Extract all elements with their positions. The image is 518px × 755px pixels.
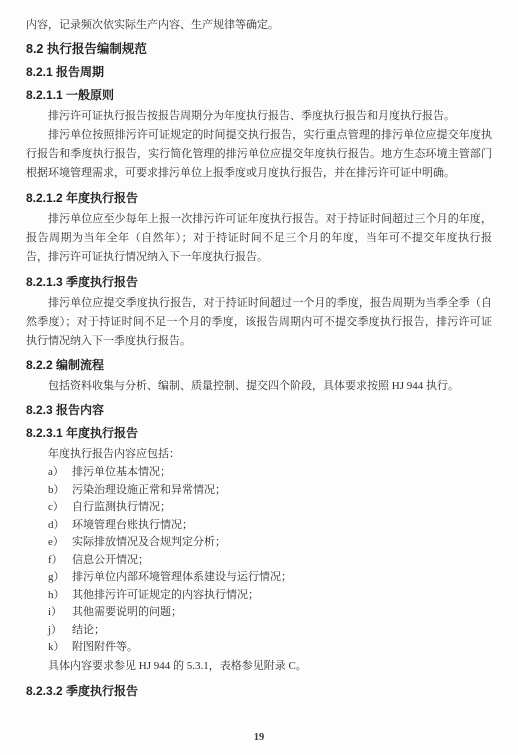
list-item-f: f） 信息公开情况； [48,552,492,570]
list-item-marker: k） [48,639,72,657]
list-item-i: i） 其他需要说明的问题； [48,604,492,622]
heading-8-2-1: 8.2.1 报告周期 [26,64,492,80]
list-item-marker: c） [48,499,72,517]
paragraph-quarterly-report: 排污单位应提交季度执行报告，对于持证时间超过一个月的季度，报告周期为当季全季（自… [26,294,492,351]
heading-8-2-1-1: 8.2.1.1 一般原则 [26,87,492,103]
list-item-marker: h） [48,587,72,605]
heading-8-2-3-1: 8.2.3.1 年度执行报告 [26,425,492,441]
paragraph-annual-report: 排污单位应至少每年上报一次排污许可证年度执行报告。对于持证时间超过三个月的年度，… [26,210,492,267]
list-item-text: 附图附件等。 [72,639,492,657]
list-item-k: k） 附图附件等。 [48,639,492,657]
list-item-marker: f） [48,552,72,570]
heading-8-2-1-2: 8.2.1.2 年度执行报告 [26,190,492,206]
list-item-text: 环境管理台账执行情况； [72,517,492,535]
list-item-marker: b） [48,482,72,500]
list-item-marker: i） [48,604,72,622]
heading-8-2: 8.2 执行报告编制规范 [26,41,492,58]
list-item-e: e） 实际排放情况及合规判定分析； [48,534,492,552]
heading-8-2-3-2: 8.2.3.2 季度执行报告 [26,683,492,699]
list-item-j: j） 结论； [48,622,492,640]
list-item-g: g） 排污单位内部环境管理体系建设与运行情况； [48,569,492,587]
list-item-marker: a） [48,464,72,482]
list-item-text: 污染治理设施正常和异常情况； [72,482,492,500]
list-item-b: b） 污染治理设施正常和异常情况； [48,482,492,500]
heading-8-2-3: 8.2.3 报告内容 [26,402,492,418]
annual-report-item-list: a） 排污单位基本情况； b） 污染治理设施正常和异常情况； c） 自行监测执行… [48,464,492,657]
list-item-text: 其他需要说明的问题； [72,604,492,622]
list-item-text: 其他排污许可证规定的内容执行情况； [72,587,492,605]
list-item-h: h） 其他排污许可证规定的内容执行情况； [48,587,492,605]
document-page: 内容，记录频次依实际生产内容、生产规律等确定。 8.2 执行报告编制规范 8.2… [0,0,518,755]
heading-8-2-2: 8.2.2 编制流程 [26,357,492,373]
heading-8-2-1-3: 8.2.1.3 季度执行报告 [26,274,492,290]
list-item-d: d） 环境管理台账执行情况； [48,517,492,535]
paragraph-general-principle-2: 排污单位按照排污许可证规定的时间提交执行报告，实行重点管理的排污单位应提交年度执… [26,126,492,183]
page-number: 19 [0,732,518,743]
paragraph-general-principle-1: 排污许可证执行报告按报告周期分为年度执行报告、季度执行报告和月度执行报告。 [26,107,492,126]
paragraph-annual-reference: 具体内容要求参见 HJ 944 的 5.3.1，表格参见附录 C。 [26,657,492,676]
list-item-c: c） 自行监测执行情况； [48,499,492,517]
paragraph-continuation: 内容，记录频次依实际生产内容、生产规律等确定。 [26,16,492,35]
list-item-text: 结论； [72,622,492,640]
list-item-text: 排污单位内部环境管理体系建设与运行情况； [72,569,492,587]
list-item-text: 排污单位基本情况； [72,464,492,482]
list-item-text: 信息公开情况； [72,552,492,570]
list-item-a: a） 排污单位基本情况； [48,464,492,482]
list-item-marker: j） [48,622,72,640]
list-item-marker: g） [48,569,72,587]
paragraph-process: 包括资料收集与分析、编制、质量控制、提交四个阶段，具体要求按照 HJ 944 执… [26,377,492,396]
list-item-text: 自行监测执行情况； [72,499,492,517]
list-item-marker: e） [48,534,72,552]
paragraph-annual-content-lead: 年度执行报告内容应包括： [26,445,492,464]
list-item-marker: d） [48,517,72,535]
list-item-text: 实际排放情况及合规判定分析； [72,534,492,552]
